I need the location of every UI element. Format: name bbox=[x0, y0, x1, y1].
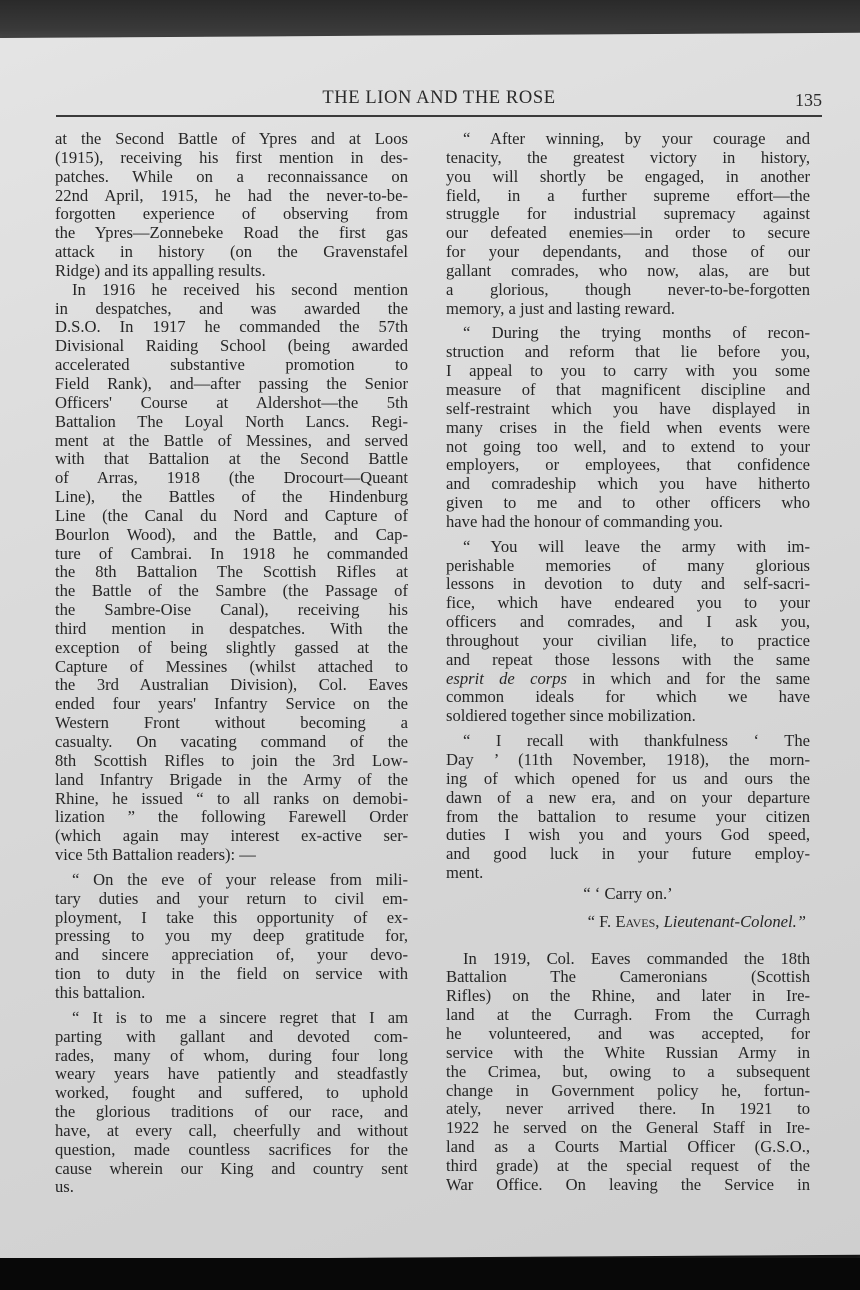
text-line: In 1916 he received his second mention bbox=[55, 281, 408, 300]
text-line: “ It is to me a sincere regret that I am bbox=[55, 1009, 408, 1028]
text-line: Ridge) and its appalling results. bbox=[55, 262, 408, 281]
text-line: weary years have patiently and steadfast… bbox=[55, 1065, 408, 1084]
text-line: our defeated enemies—in order to secure bbox=[446, 224, 810, 243]
text-line: and comradeship which you have hitherto bbox=[446, 475, 810, 494]
text-line: perishable memories of many glorious bbox=[446, 557, 810, 576]
text-line: Field Rank), and—after passing the Senio… bbox=[55, 375, 408, 394]
text-line: the glorious traditions of our race, and bbox=[55, 1103, 408, 1122]
text-line: the Battle of the Sambre (the Passage of bbox=[55, 582, 408, 601]
text-line: pressing to you my deep gratitude for, bbox=[55, 927, 408, 946]
text-line: employers, or employees, that confidence bbox=[446, 456, 810, 475]
text-line: exception of being slightly gassed at th… bbox=[55, 639, 408, 658]
text-line: “ ‘ Carry on.’ bbox=[446, 885, 810, 904]
text-line: the Ypres—Zonnebeke Road the first gas bbox=[55, 224, 408, 243]
text-line: 1922 he served on the General Staff in I… bbox=[446, 1119, 810, 1138]
text-line: Rhine, he issued “ to all ranks on demob… bbox=[55, 790, 408, 809]
text-line: from the battalion to resume your citize… bbox=[446, 808, 810, 827]
header-rule bbox=[56, 115, 822, 117]
text-line: and good luck in your future employ- bbox=[446, 845, 810, 864]
text-line: change in Government policy he, fortun- bbox=[446, 1082, 810, 1101]
text-line: casualty. On vacating command of the bbox=[55, 733, 408, 752]
text-line: field, in a further supreme effort—the bbox=[446, 187, 810, 206]
page-number: 135 bbox=[795, 90, 822, 111]
text-line: tary duties and your return to civil em- bbox=[55, 890, 408, 909]
text-line: Western Front without becoming a bbox=[55, 714, 408, 733]
text-line: land at the Curragh. From the Curragh bbox=[446, 1006, 810, 1025]
text-line: Officers' Course at Aldershot—the 5th bbox=[55, 394, 408, 413]
text-line: I appeal to you to carry with you some bbox=[446, 362, 810, 381]
text-line: and sincere appreciation of, your devo- bbox=[55, 946, 408, 965]
closing-line: “ ‘ Carry on.’ bbox=[446, 885, 810, 904]
text-line: vice 5th Battalion readers): — bbox=[55, 846, 408, 865]
text-line: duties I wish you and yours God speed, bbox=[446, 826, 810, 845]
text-line: ture of Cambrai. In 1918 he commanded bbox=[55, 545, 408, 564]
text-line: land Infantry Brigade in the Army of the bbox=[55, 771, 408, 790]
text-line: Bourlon Wood), and the Battle, and Cap- bbox=[55, 526, 408, 545]
text-line-with-italic: esprit de corps in which and for the sam… bbox=[446, 670, 810, 689]
text-line: worked, fought and suffered, to uphold bbox=[55, 1084, 408, 1103]
text-line: ately, never arrived there. In 1921 to bbox=[446, 1100, 810, 1119]
text-line: officers and comrades, and I ask you, bbox=[446, 613, 810, 632]
text-line: (1915), receiving his first mention in d… bbox=[55, 149, 408, 168]
text-line: this battalion. bbox=[55, 984, 408, 1003]
text-line: the Sambre-Oise Canal), receiving his bbox=[55, 601, 408, 620]
paragraph: In 1916 he received his second mentionin… bbox=[55, 281, 408, 865]
paragraph: “ I recall with thankfulness ‘ TheDay ’ … bbox=[446, 732, 810, 883]
text-line: gallant comrades, who now, alas, are but bbox=[446, 262, 810, 281]
text-line: “ After winning, by your courage and bbox=[446, 130, 810, 149]
text-line: the 3rd Australian Division), Col. Eaves bbox=[55, 676, 408, 695]
signature-name: F. Eaves, bbox=[599, 912, 659, 931]
text-line: lessons in devotion to duty and self-sac… bbox=[446, 575, 810, 594]
signature-rank: Lieutenant-Colonel.” bbox=[664, 912, 806, 931]
text-line: the Crimea, but, owing to a subsequent bbox=[446, 1063, 810, 1082]
right-column: “ After winning, by your courage andtena… bbox=[446, 130, 810, 1195]
text-line: of Arras, 1918 (the Drocourt—Queant bbox=[55, 469, 408, 488]
page-header: THE LION AND THE ROSE 135 bbox=[56, 86, 822, 114]
text-line: at the Second Battle of Ypres and at Loo… bbox=[55, 130, 408, 149]
text-line: he volunteered, and was accepted, for bbox=[446, 1025, 810, 1044]
text-line: and repeat those lessons with the same bbox=[446, 651, 810, 670]
paragraph: “ It is to me a sincere regret that I am… bbox=[55, 1009, 408, 1197]
text-line: “ On the eve of your release from mili- bbox=[55, 871, 408, 890]
running-title: THE LION AND THE ROSE bbox=[56, 88, 822, 109]
text-line: Divisional Raiding School (being awarded bbox=[55, 337, 408, 356]
paragraph: “ You will leave the army with im-perish… bbox=[446, 538, 810, 726]
text-line: “ During the trying months of recon- bbox=[446, 324, 810, 343]
text-line: 8th Scottish Rifles to join the 3rd Low- bbox=[55, 752, 408, 771]
text-line: question, made countless sacrifices for … bbox=[55, 1141, 408, 1160]
text-line: tenacity, the greatest victory in histor… bbox=[446, 149, 810, 168]
text-line: ment. bbox=[446, 864, 810, 883]
text-line: forgotten experience of observing from bbox=[55, 205, 408, 224]
text-line: fice, which have endeared you to your bbox=[446, 594, 810, 613]
text-line: lization ” the following Farewell Order bbox=[55, 808, 408, 827]
signature-quote: “ bbox=[588, 912, 600, 931]
text-line: In 1919, Col. Eaves commanded the 18th bbox=[446, 950, 810, 969]
text-line: accelerated substantive promotion to bbox=[55, 356, 408, 375]
text-line: have, at every call, cheerfully and with… bbox=[55, 1122, 408, 1141]
text-line: “ I recall with thankfulness ‘ The bbox=[446, 732, 810, 751]
text-line: ment at the Battle of Messines, and serv… bbox=[55, 432, 408, 451]
text-line: third mention in despatches. With the bbox=[55, 620, 408, 639]
text-line: memory, a just and lasting reward. bbox=[446, 300, 810, 319]
text-line: Line (the Canal du Nord and Capture of bbox=[55, 507, 408, 526]
text-line: self-restraint which you have displayed … bbox=[446, 400, 810, 419]
text-line: D.S.O. In 1917 he commanded the 57th bbox=[55, 318, 408, 337]
text-line: not going too well, and to extend to you… bbox=[446, 438, 810, 457]
text-line: throughout your civilian life, to practi… bbox=[446, 632, 810, 651]
paragraph: at the Second Battle of Ypres and at Loo… bbox=[55, 130, 408, 281]
text-line: struggle for industrial supremacy agains… bbox=[446, 205, 810, 224]
italic-phrase: esprit de corps bbox=[446, 669, 567, 688]
text-line: have had the honour of commanding you. bbox=[446, 513, 810, 532]
text-line: Day ’ (11th November, 1918), the morn- bbox=[446, 751, 810, 770]
scan-background-bottom bbox=[0, 1258, 860, 1290]
text-line: common ideals for which we have bbox=[446, 688, 810, 707]
text-line: with that Battalion at the Second Battle bbox=[55, 450, 408, 469]
paragraph: “ On the eve of your release from mili-t… bbox=[55, 871, 408, 1003]
text-line: Capture of Messines (whilst attached to bbox=[55, 658, 408, 677]
text-line: Rifles) on the Rhine, and later in Ire- bbox=[446, 987, 810, 1006]
text-line: land as a Courts Martial Officer (G.S.O.… bbox=[446, 1138, 810, 1157]
text-line: ing of which opened for us and ours the bbox=[446, 770, 810, 789]
text-line: dawn of a new era, and on your departure bbox=[446, 789, 810, 808]
text-line: us. bbox=[55, 1178, 408, 1197]
text-line: soldiered together since mobilization. bbox=[446, 707, 810, 726]
text-line: cause wherein our King and country sent bbox=[55, 1160, 408, 1179]
text-line: ployment, I take this opportunity of ex- bbox=[55, 909, 408, 928]
text-line: struction and reform that lie before you… bbox=[446, 343, 810, 362]
paragraph: “ During the trying months of recon-stru… bbox=[446, 324, 810, 531]
text-line: for your dependants, and those of our bbox=[446, 243, 810, 262]
signature: “ F. Eaves, Lieutenant-Colonel.” bbox=[446, 913, 810, 932]
text-line: “ You will leave the army with im- bbox=[446, 538, 810, 557]
text-line: rades, many of whom, during four long bbox=[55, 1047, 408, 1066]
text-line: given to me and to other officers who bbox=[446, 494, 810, 513]
text-fragment: in which and for the same bbox=[567, 669, 810, 688]
text-line: 22nd April, 1915, he had the never-to-be… bbox=[55, 187, 408, 206]
text-line: tion to duty in the field on service wit… bbox=[55, 965, 408, 984]
text-line: in despatches, and was awarded the bbox=[55, 300, 408, 319]
left-column: at the Second Battle of Ypres and at Loo… bbox=[55, 130, 408, 1197]
text-line: attack in history (on the Gravenstafel bbox=[55, 243, 408, 262]
text-line: Line), the Battles of the Hindenburg bbox=[55, 488, 408, 507]
text-line: many crises in the field when events wer… bbox=[446, 419, 810, 438]
text-line: ended four years' Infantry Service on th… bbox=[55, 695, 408, 714]
text-line: third grade) at the special request of t… bbox=[446, 1157, 810, 1176]
text-line: Battalion The Cameronians (Scottish bbox=[446, 968, 810, 987]
text-line: the 8th Battalion The Scottish Rifles at bbox=[55, 563, 408, 582]
text-line: a glorious, though never-to-be-forgotten bbox=[446, 281, 810, 300]
text-line: service with the White Russian Army in bbox=[446, 1044, 810, 1063]
paragraph: “ After winning, by your courage andtena… bbox=[446, 130, 810, 318]
signature-line: “ F. Eaves, Lieutenant-Colonel.” bbox=[446, 913, 810, 932]
text-line: measure of that magnificent discipline a… bbox=[446, 381, 810, 400]
text-line: War Office. On leaving the Service in bbox=[446, 1176, 810, 1195]
text-line: you will shortly be engaged, in another bbox=[446, 168, 810, 187]
text-line: parting with gallant and devoted com- bbox=[55, 1028, 408, 1047]
text-line: (which again may interest ex-active ser- bbox=[55, 827, 408, 846]
text-line: patches. While on a reconnaissance on bbox=[55, 168, 408, 187]
paragraph: In 1919, Col. Eaves commanded the 18thBa… bbox=[446, 950, 810, 1195]
text-line: Battalion The Loyal North Lancs. Regi- bbox=[55, 413, 408, 432]
